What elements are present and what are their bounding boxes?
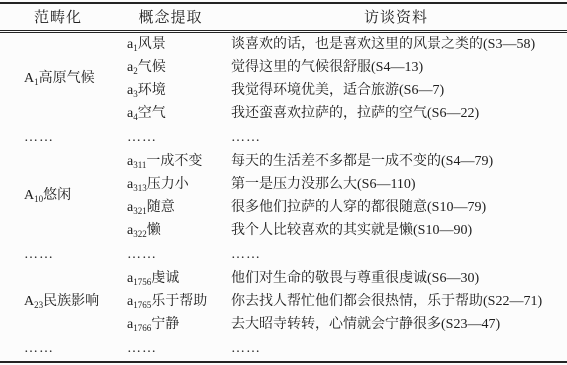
category-label: A23民族影响 (24, 294, 99, 309)
ellipsis-row: ……………… (0, 336, 567, 362)
table-body: A1高原气候a1风景谈喜欢的话，也是喜欢这里的风景之类的(S3—58)a2气候觉… (0, 32, 567, 363)
category-cell: A23民族影响 (0, 267, 116, 336)
ellipsis-row: ……………… (0, 125, 567, 150)
concept-label: a3环境 (127, 83, 166, 98)
table-row: A10悠闲a311一成不变每天的生活差不多都是一成不变的(S4—79) (0, 150, 567, 173)
concept-label: a1756虔诚 (127, 271, 179, 286)
concept-label-subscript: 3 (133, 89, 138, 99)
concept-cell: a322懒 (116, 219, 225, 242)
concept-label: a2气候 (127, 60, 166, 75)
table-row: A23民族影响a1756虔诚他们对生命的敬畏与尊重很虔诚(S6—30) (0, 267, 567, 290)
quote-cell: 我觉得环境优美，适合旅游(S6—7) (225, 79, 567, 102)
ellipsis-cell: …… (116, 125, 225, 150)
quote-cell: 每天的生活差不多都是一成不变的(S4—79) (225, 150, 567, 173)
concept-label-subscript: 1765 (133, 300, 151, 310)
concept-label-subscript: 1756 (133, 277, 151, 287)
quote-cell: 你去找人帮忙他们都会很热情，乐于帮助(S22—71) (225, 290, 567, 313)
category-label-subscript: 23 (34, 300, 43, 310)
quote-cell: 觉得这里的气候很舒服(S4—13) (225, 56, 567, 79)
category-label-subscript: 10 (34, 194, 43, 204)
concept-cell: a1风景 (116, 32, 225, 57)
header-row: 范畴化 概念提取 访谈资料 (0, 3, 567, 32)
concept-label: a322懒 (127, 223, 161, 238)
quote-cell: 谈喜欢的话，也是喜欢这里的风景之类的(S3—58) (225, 32, 567, 57)
concept-cell: a1766宁静 (116, 313, 225, 336)
concept-label: a1765乐于帮助 (127, 294, 207, 309)
concept-label: a313压力小 (127, 177, 189, 192)
quote-cell: 去大昭寺转转，心情就会宁静很多(S23—47) (225, 313, 567, 336)
concept-label: a4空气 (127, 106, 166, 121)
quote-cell: 第一是压力没那么大(S6—110) (225, 173, 567, 196)
table-header: 范畴化 概念提取 访谈资料 (0, 3, 567, 32)
ellipsis-cell: …… (116, 242, 225, 267)
concept-cell: a321随意 (116, 196, 225, 219)
concept-cell: a1756虔诚 (116, 267, 225, 290)
concept-cell: a2气候 (116, 56, 225, 79)
ellipsis-cell: …… (0, 125, 116, 150)
concept-cell: a311一成不变 (116, 150, 225, 173)
category-cell: A1高原气候 (0, 32, 116, 126)
concept-cell: a4空气 (116, 102, 225, 125)
concept-cell: a313压力小 (116, 173, 225, 196)
category-label: A1高原气候 (24, 71, 95, 86)
quote-cell: 我还蛮喜欢拉萨的，拉萨的空气(S6—22) (225, 102, 567, 125)
category-cell: A10悠闲 (0, 150, 116, 242)
quote-cell: 他们对生命的敬畏与尊重很虔诚(S6—30) (225, 267, 567, 290)
table-row: A1高原气候a1风景谈喜欢的话，也是喜欢这里的风景之类的(S3—58) (0, 32, 567, 57)
quote-cell: 我个人比较喜欢的其实就是懒(S10—90) (225, 219, 567, 242)
header-interview-data: 访谈资料 (225, 3, 567, 32)
header-concept-extraction: 概念提取 (116, 3, 225, 32)
ellipsis-cell: …… (0, 242, 116, 267)
coding-table: 范畴化 概念提取 访谈资料 A1高原气候a1风景谈喜欢的话，也是喜欢这里的风景之… (0, 2, 567, 363)
concept-label: a311一成不变 (127, 154, 202, 169)
concept-label-subscript: 313 (133, 183, 147, 193)
category-label-subscript: 1 (34, 77, 39, 87)
concept-cell: a3环境 (116, 79, 225, 102)
concept-label-subscript: 2 (133, 66, 138, 76)
ellipsis-cell: …… (116, 336, 225, 362)
concept-label-subscript: 4 (133, 112, 138, 122)
header-categorization: 范畴化 (0, 3, 116, 32)
ellipsis-cell: …… (225, 125, 567, 150)
ellipsis-cell: …… (0, 336, 116, 362)
concept-label-subscript: 322 (133, 229, 147, 239)
concept-label: a1风景 (127, 37, 166, 52)
concept-label-subscript: 1 (133, 43, 138, 53)
ellipsis-cell: …… (225, 242, 567, 267)
concept-label: a1766宁静 (127, 317, 179, 332)
concept-cell: a1765乐于帮助 (116, 290, 225, 313)
category-label: A10悠闲 (24, 188, 71, 203)
concept-label-subscript: 321 (133, 206, 147, 216)
concept-label-subscript: 311 (133, 160, 146, 170)
ellipsis-row: ……………… (0, 242, 567, 267)
concept-label-subscript: 1766 (133, 323, 151, 333)
concept-label: a321随意 (127, 200, 175, 215)
quote-cell: 很多他们拉萨的人穿的都很随意(S10—79) (225, 196, 567, 219)
ellipsis-cell: …… (225, 336, 567, 362)
